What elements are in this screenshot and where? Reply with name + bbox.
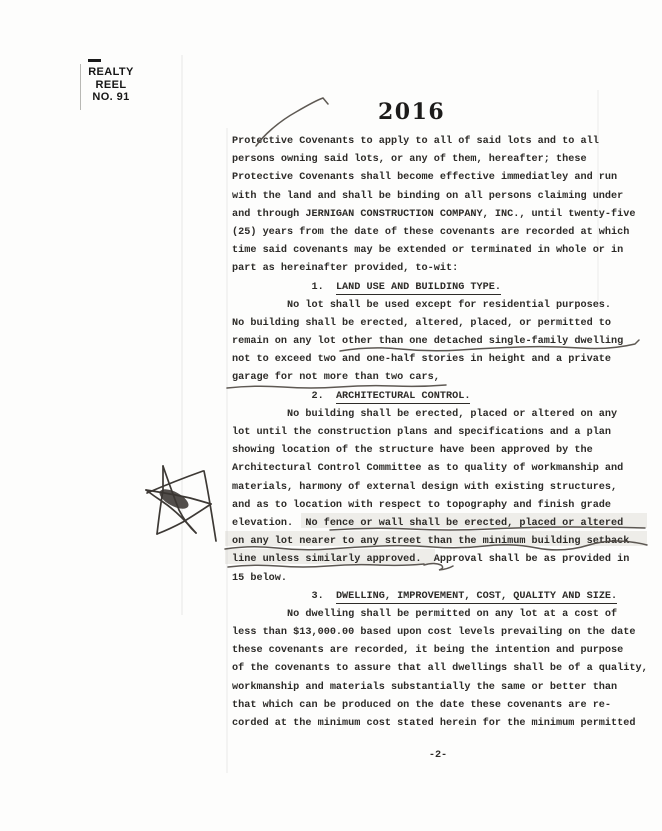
document-line: garage for not more than two cars, <box>232 369 652 387</box>
document-line: and as to location with respect to topog… <box>232 497 652 515</box>
document-line: corded at the minimum cost stated herein… <box>232 715 652 733</box>
document-line: not to exceed two and one-half stories i… <box>232 351 652 369</box>
heading-number: 2. <box>232 391 336 402</box>
document-line: persons owning said lots, or any of them… <box>232 151 652 169</box>
document-line: less than $13,000.00 based upon cost lev… <box>232 624 652 642</box>
document-line: showing location of the structure have b… <box>232 442 652 460</box>
document-line: No dwelling shall be permitted on any lo… <box>232 606 652 624</box>
document-line: time said covenants may be extended or t… <box>232 242 652 260</box>
section-heading: 1. LAND USE AND BUILDING TYPE. <box>232 279 652 297</box>
document-line: of the covenants to assure that all dwel… <box>232 660 652 678</box>
document-line: on any lot nearer to any street than the… <box>232 533 652 551</box>
document-line: line unless similarly approved. Approval… <box>232 551 652 569</box>
document-line: remain on any lot other than one detache… <box>232 333 652 351</box>
document-lines: Protective Covenants to apply to all of … <box>232 133 652 733</box>
document-line: these covenants are recorded, it being t… <box>232 642 652 660</box>
document-number: 2016 <box>378 99 445 125</box>
scan-artifact-line <box>226 128 228 773</box>
document-line: No building shall be erected, placed or … <box>232 406 652 424</box>
document-line: with the land and shall be binding on al… <box>232 188 652 206</box>
document-line: (25) years from the date of these covena… <box>232 224 652 242</box>
star-doodle <box>146 466 216 541</box>
document-line: No building shall be erected, altered, p… <box>232 315 652 333</box>
page-number: -2- <box>232 750 644 761</box>
heading-label: DWELLING, IMPROVEMENT, COST, QUALITY AND… <box>336 591 617 604</box>
document-line: elevation. No fence or wall shall be ere… <box>232 515 652 533</box>
document-line: No lot shall be used except for resident… <box>232 297 652 315</box>
stamp-edge <box>80 64 81 110</box>
document-line: materials, harmony of external design wi… <box>232 479 652 497</box>
document-line: that which can be produced on the date t… <box>232 697 652 715</box>
stamp-line: NO. 91 <box>82 91 140 104</box>
section-heading: 2. ARCHITECTURAL CONTROL. <box>232 388 652 406</box>
document-line: Architectural Control Committee as to qu… <box>232 460 652 478</box>
heading-label: ARCHITECTURAL CONTROL. <box>336 391 471 404</box>
stamp-line: REALTY <box>82 66 140 79</box>
document-line: Protective Covenants shall become effect… <box>232 169 652 187</box>
heading-label: LAND USE AND BUILDING TYPE. <box>336 282 501 295</box>
document-line: and through JERNIGAN CONSTRUCTION COMPAN… <box>232 206 652 224</box>
realty-reel-stamp: REALTY REEL NO. 91 <box>82 66 140 104</box>
heading-number: 3. <box>232 591 336 602</box>
stamp-line: REEL <box>82 79 140 92</box>
section-heading: 3. DWELLING, IMPROVEMENT, COST, QUALITY … <box>232 588 652 606</box>
document-line: 15 below. <box>232 570 652 588</box>
heading-number: 1. <box>232 282 336 293</box>
document-line: workmanship and materials substantially … <box>232 679 652 697</box>
stamp-mark <box>88 59 101 62</box>
scanned-document-page: REALTY REEL NO. 91 2016 Protective Coven… <box>0 0 662 831</box>
document-line: Protective Covenants to apply to all of … <box>232 133 652 151</box>
scan-artifact-line <box>181 55 183 615</box>
document-line: part as hereinafter provided, to-wit: <box>232 260 652 278</box>
document-line: lot until the construction plans and spe… <box>232 424 652 442</box>
